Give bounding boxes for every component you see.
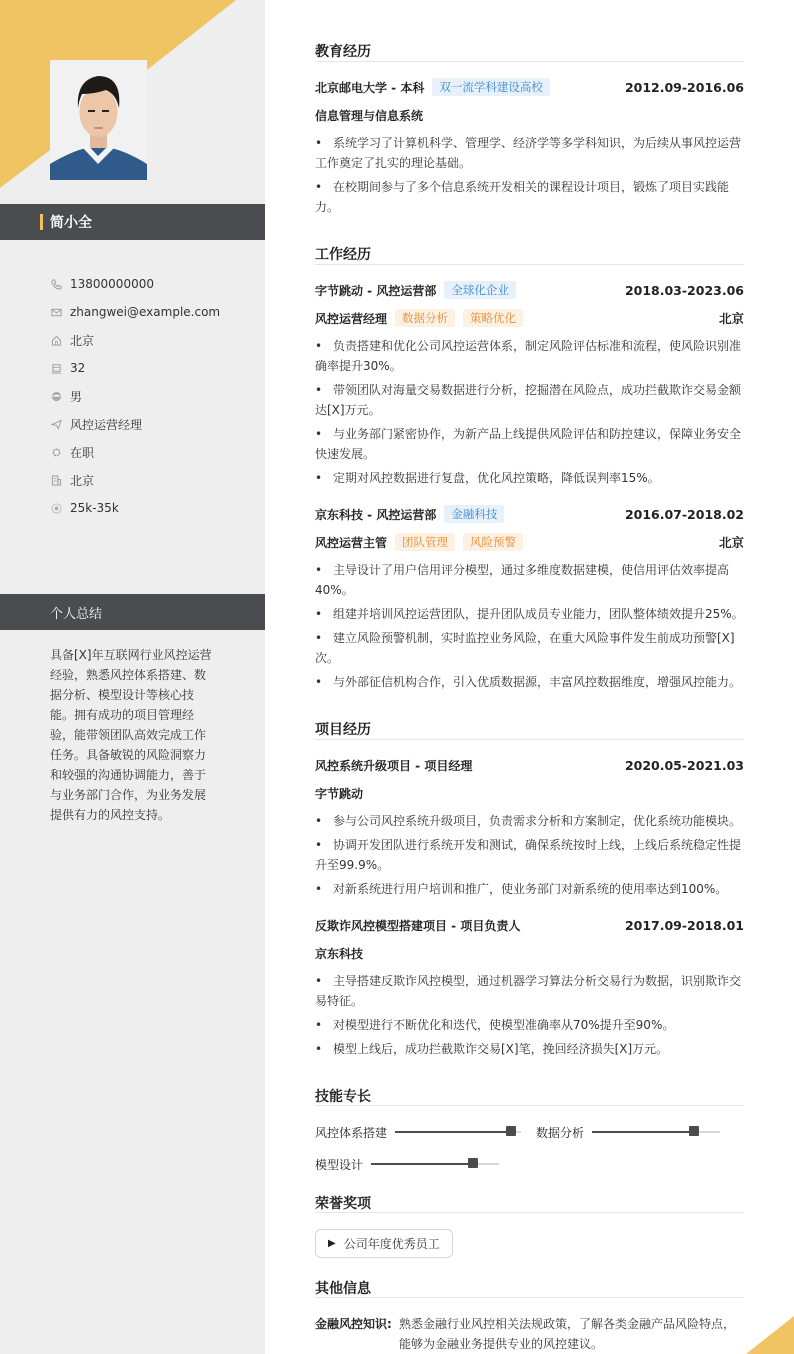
other-info-item: 金融风控知识: 熟悉金融行业风控相关法规政策，了解各类金融产品风险特点，能够为金…: [315, 1314, 744, 1354]
info-phone: 13800000000: [50, 270, 220, 298]
work-role-row: 风控运营主管 团队管理 风险预警 北京: [315, 532, 744, 552]
list-item: •模型上线后，成功拦截欺诈交易[X]笔，挽回经济损失[X]万元。: [315, 1039, 744, 1059]
divider: [315, 1105, 744, 1106]
school-name: 北京邮电大学 - 本科: [315, 79, 424, 96]
skill-item: 模型设计: [315, 1154, 499, 1174]
section-title-other: 其他信息: [315, 1278, 371, 1298]
skill-name: 数据分析: [536, 1124, 584, 1141]
project-company: 字节跳动: [315, 785, 363, 802]
age-value: 32: [70, 361, 85, 375]
building-icon: [50, 474, 62, 486]
project-header: 风控系统升级项目 - 项目经理 2020.05-2021.03: [315, 755, 744, 775]
list-item: •对新系统进行用户培训和推广，使业务部门对新系统的使用率达到100%。: [315, 879, 744, 899]
project-name: 反欺诈风控模型搭建项目 - 项目负责人: [315, 917, 520, 934]
skill-level-slider[interactable]: [371, 1163, 499, 1165]
company-tag: 全球化企业: [444, 281, 516, 299]
list-item: •系统学习了计算机科学、管理学、经济学等多学科知识，为后续从事风控运营工作奠定了…: [315, 133, 744, 173]
skill-name: 模型设计: [315, 1156, 363, 1173]
info-position: 风控运营经理: [50, 410, 220, 438]
salary-icon: [50, 502, 62, 514]
list-item: •带领团队对海量交易数据进行分析，挖掘潜在风险点，成功拦截欺诈交易金额达[X]万…: [315, 380, 744, 420]
project-company-row: 京东科技: [315, 943, 744, 963]
work-bullets: •主导设计了用户信用评分模型，通过多维度数据建模，使信用评估效率提高40%。 •…: [315, 560, 744, 696]
info-city: 北京: [50, 466, 220, 494]
work-header: 字节跳动 - 风控运营部 全球化企业 2018.03-2023.06: [315, 280, 744, 300]
slider-thumb[interactable]: [506, 1126, 516, 1136]
divider: [315, 61, 744, 62]
section-title-awards: 荣誉奖项: [315, 1193, 371, 1213]
section-title-education: 教育经历: [315, 41, 371, 61]
location-value: 北京: [70, 332, 94, 349]
contact-info-list: 13800000000 zhangwei@example.com 北京 32 男…: [50, 270, 220, 522]
school-tag: 双一流学科建设高校: [432, 78, 550, 96]
list-item: •定期对风控数据进行复盘，优化风控策略，降低误判率15%。: [315, 468, 744, 488]
home-icon: [50, 334, 62, 346]
other-info-label: 金融风控知识:: [315, 1314, 399, 1354]
section-title-skills: 技能专长: [315, 1086, 371, 1106]
list-item: •主导搭建反欺诈风控模型，通过机器学习算法分析交易行为数据，识别欺诈交易特征。: [315, 971, 744, 1011]
name-accent-bar: [40, 214, 43, 230]
summary-header: 个人总结: [0, 594, 265, 630]
name-header: 简小全: [0, 204, 265, 240]
work-city: 北京: [719, 533, 744, 551]
skill-tag: 数据分析: [395, 309, 455, 327]
list-item: •在校期间参与了多个信息系统开发相关的课程设计项目，锻炼了项目实践能力。: [315, 177, 744, 217]
caret-right-icon: ▶: [328, 1238, 336, 1249]
calendar-icon: [50, 362, 62, 374]
work-date: 2016.07-2018.02: [625, 507, 744, 522]
project-date: 2017.09-2018.01: [625, 918, 744, 933]
divider: [315, 1212, 744, 1213]
avatar: [50, 60, 147, 180]
skill-name: 风控体系搭建: [315, 1124, 387, 1141]
summary-text: 具备[X]年互联网行业风控运营经验，熟悉风控体系搭建、数据分析、模型设计等核心技…: [50, 645, 216, 825]
section-title-projects: 项目经历: [315, 719, 371, 739]
work-role-row: 风控运营经理 数据分析 策略优化 北京: [315, 308, 744, 328]
list-item: •负责搭建和优化公司风控运营体系，制定风险评估标准和流程，使风险识别准确率提升3…: [315, 336, 744, 376]
project-bullets: •主导搭建反欺诈风控模型，通过机器学习算法分析交易行为数据，识别欺诈交易特征。 …: [315, 971, 744, 1063]
sidebar: 简小全 13800000000 zhangwei@example.com 北京 …: [0, 0, 265, 1354]
skill-level-slider[interactable]: [592, 1131, 720, 1133]
skill-tag: 策略优化: [463, 309, 523, 327]
gender-value: 男: [70, 388, 82, 405]
info-email: zhangwei@example.com: [50, 298, 220, 326]
info-salary: 25k-35k: [50, 494, 220, 522]
education-header: 北京邮电大学 - 本科 双一流学科建设高校 2012.09-2016.06: [315, 77, 744, 97]
divider: [315, 264, 744, 265]
salary-value: 25k-35k: [70, 501, 119, 515]
job-role: 风控运营经理: [315, 310, 387, 327]
company-name: 字节跳动 - 风控运营部: [315, 282, 436, 299]
skill-tag: 风险预警: [463, 533, 523, 551]
summary-title: 个人总结: [50, 603, 102, 622]
skill-level-slider[interactable]: [395, 1131, 521, 1133]
slider-thumb[interactable]: [468, 1158, 478, 1168]
info-status: 在职: [50, 438, 220, 466]
list-item: •与外部征信机构合作，引入优质数据源，丰富风控数据维度，增强风控能力。: [315, 672, 744, 692]
send-icon: [50, 418, 62, 430]
company-name: 京东科技 - 风控运营部: [315, 506, 436, 523]
award-item[interactable]: ▶ 公司年度优秀员工: [315, 1229, 453, 1258]
list-item: •与业务部门紧密协作，为新产品上线提供风险评估和防控建议，保障业务安全快速发展。: [315, 424, 744, 464]
phone-value: 13800000000: [70, 277, 154, 291]
project-company: 京东科技: [315, 945, 363, 962]
status-icon: [50, 446, 62, 458]
project-date: 2020.05-2021.03: [625, 758, 744, 773]
work-city: 北京: [719, 309, 744, 327]
other-info-value: 熟悉金融行业风控相关法规政策，了解各类金融产品风险特点，能够为金融业务提供专业的…: [399, 1314, 744, 1354]
skill-item: 风控体系搭建: [315, 1122, 521, 1142]
section-title-work: 工作经历: [315, 244, 371, 264]
education-date: 2012.09-2016.06: [625, 80, 744, 95]
divider: [315, 1297, 744, 1298]
project-header: 反欺诈风控模型搭建项目 - 项目负责人 2017.09-2018.01: [315, 915, 744, 935]
phone-icon: [50, 278, 62, 290]
gender-icon: [50, 390, 62, 402]
award-label: 公司年度优秀员工: [344, 1235, 440, 1252]
mail-icon: [50, 306, 62, 318]
list-item: •建立风险预警机制，实时监控业务风险，在重大风险事件发生前成功预警[X]次。: [315, 628, 744, 668]
list-item: •对模型进行不断优化和迭代，使模型准确率从70%提升至90%。: [315, 1015, 744, 1035]
decorative-corner-shape: [746, 1316, 794, 1354]
skill-item: 数据分析: [536, 1122, 720, 1142]
work-header: 京东科技 - 风控运营部 金融科技 2016.07-2018.02: [315, 504, 744, 524]
info-location: 北京: [50, 326, 220, 354]
education-bullets: •系统学习了计算机科学、管理学、经济学等多学科知识，为后续从事风控运营工作奠定了…: [315, 133, 744, 221]
email-value: zhangwei@example.com: [70, 305, 220, 319]
divider: [315, 739, 744, 740]
info-age: 32: [50, 354, 220, 382]
candidate-name: 简小全: [50, 212, 92, 232]
list-item: •协调开发团队进行系统开发和测试，确保系统按时上线，上线后系统稳定性提升至99.…: [315, 835, 744, 875]
job-role: 风控运营主管: [315, 534, 387, 551]
info-gender: 男: [50, 382, 220, 410]
list-item: •组建并培训风控运营团队，提升团队成员专业能力，团队整体绩效提升25%。: [315, 604, 744, 624]
position-value: 风控运营经理: [70, 416, 142, 433]
major: 信息管理与信息系统: [315, 107, 423, 124]
company-tag: 金融科技: [444, 505, 504, 523]
city-value: 北京: [70, 472, 94, 489]
slider-thumb[interactable]: [689, 1126, 699, 1136]
status-value: 在职: [70, 444, 94, 461]
project-name: 风控系统升级项目 - 项目经理: [315, 757, 472, 774]
list-item: •主导设计了用户信用评分模型，通过多维度数据建模，使信用评估效率提高40%。: [315, 560, 744, 600]
list-item: •参与公司风控系统升级项目，负责需求分析和方案制定，优化系统功能模块。: [315, 811, 744, 831]
skill-tag: 团队管理: [395, 533, 455, 551]
project-bullets: •参与公司风控系统升级项目，负责需求分析和方案制定，优化系统功能模块。 •协调开…: [315, 811, 744, 903]
education-major-row: 信息管理与信息系统: [315, 105, 744, 125]
project-company-row: 字节跳动: [315, 783, 744, 803]
work-bullets: •负责搭建和优化公司风控运营体系，制定风险评估标准和流程，使风险识别准确率提升3…: [315, 336, 744, 492]
work-date: 2018.03-2023.06: [625, 283, 744, 298]
